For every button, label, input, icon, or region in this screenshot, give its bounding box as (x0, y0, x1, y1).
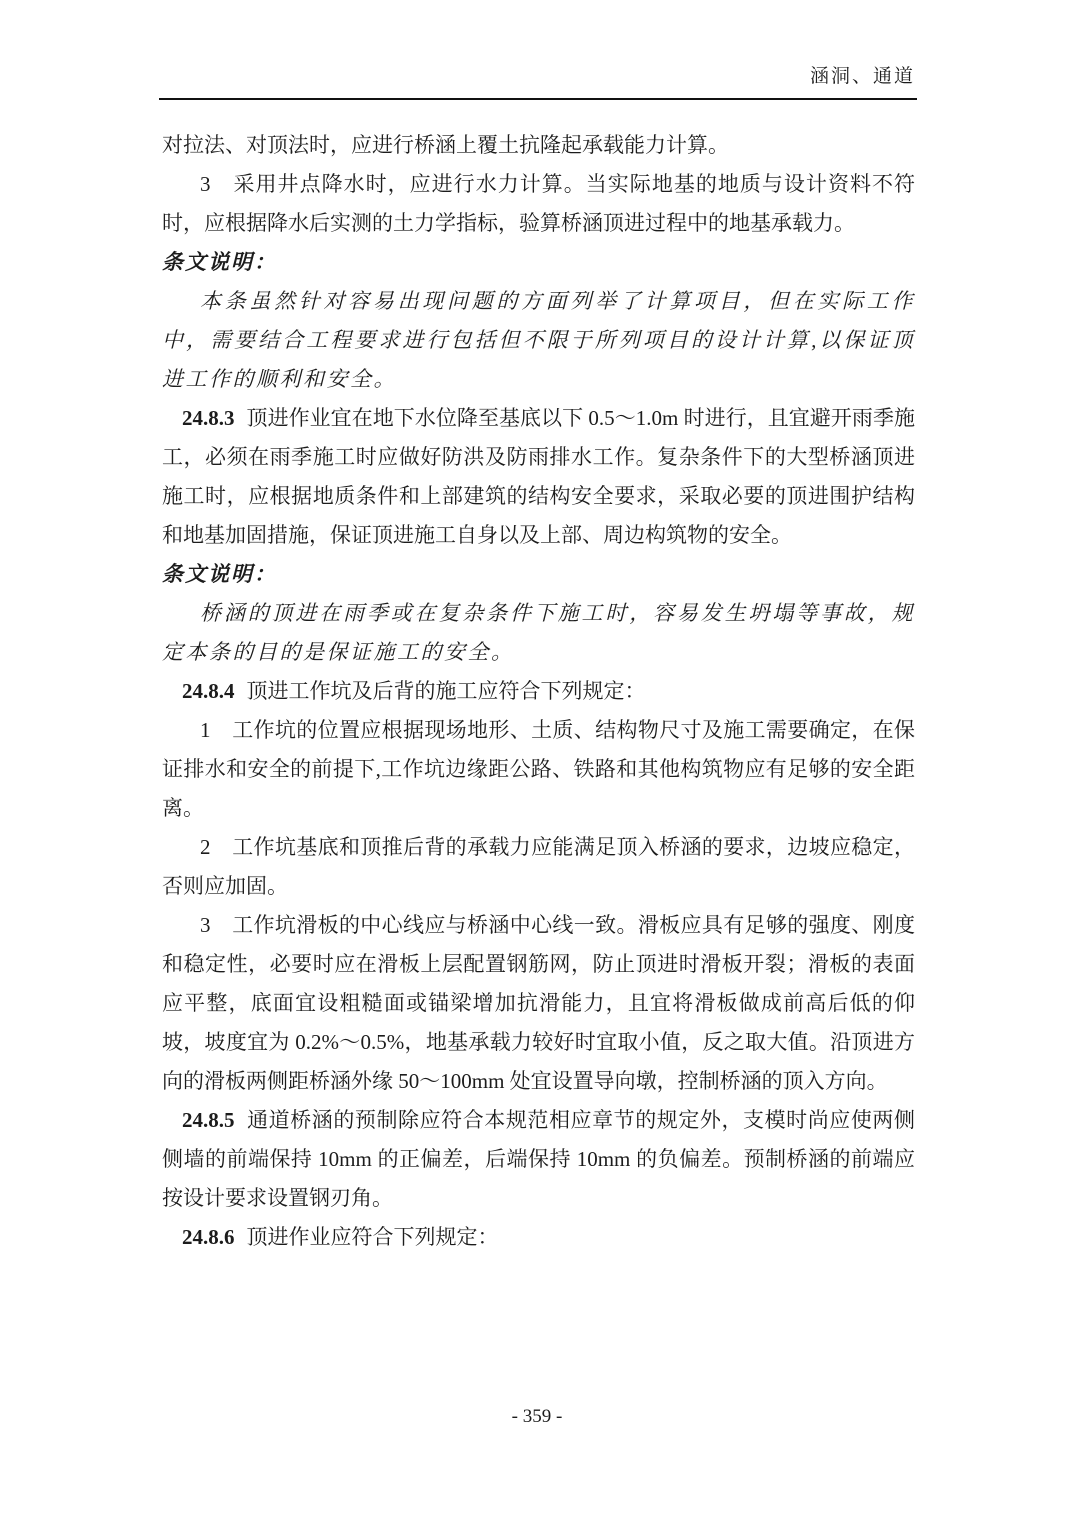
note-body-2: 桥涵的顶进在雨季或在复杂条件下施工时，容易发生坍塌等事故，规定本条的目的是保证施… (162, 594, 915, 672)
document-page: 涵洞、通道 对拉法、对顶法时，应进行桥涵上覆土抗隆起承载能力计算。 3 采用井点… (0, 0, 1074, 1520)
running-header-section-title: 涵洞、通道 (162, 64, 915, 90)
clause-text-24-8-4: 顶进工作坑及后背的施工应符合下列规定： (247, 679, 646, 703)
document-body: 对拉法、对顶法时，应进行桥涵上覆土抗隆起承载能力计算。 3 采用井点降水时，应进… (162, 126, 915, 1257)
list-item-3-dewatering: 3 采用井点降水时，应进行水力计算。当实际地基的地质与设计资料不符时，应根据降水… (162, 165, 915, 243)
clause-24-8-3: 24.8.3顶进作业宜在地下水位降至基底以下 0.5～1.0m 时进行，且宜避开… (162, 399, 915, 555)
clause-24-8-4: 24.8.4顶进工作坑及后背的施工应符合下列规定： (162, 672, 915, 711)
note-label-1: 条文说明： (162, 243, 915, 282)
clause-24-8-5: 24.8.5通道桥涵的预制除应符合本规范相应章节的规定外，支模时尚应使两侧侧墙的… (162, 1101, 915, 1218)
clause-text-24-8-6: 顶进作业应符合下列规定： (247, 1225, 499, 1249)
clause-number-24-8-3: 24.8.3 (182, 406, 235, 430)
paragraph-continuation: 对拉法、对顶法时，应进行桥涵上覆土抗隆起承载能力计算。 (162, 126, 915, 165)
header-rule (159, 98, 917, 100)
footer-page-number: - 359 - (0, 1404, 1074, 1430)
clause-text-24-8-3: 顶进作业宜在地下水位降至基底以下 0.5～1.0m 时进行，且宜避开雨季施工，必… (162, 406, 915, 547)
clause-number-24-8-5: 24.8.5 (182, 1108, 235, 1132)
clause-number-24-8-4: 24.8.4 (182, 679, 235, 703)
clause-number-24-8-6: 24.8.6 (182, 1225, 235, 1249)
note-label-2: 条文说明： (162, 555, 915, 594)
clause-text-24-8-5: 通道桥涵的预制除应符合本规范相应章节的规定外，支模时尚应使两侧侧墙的前端保持 1… (162, 1108, 915, 1210)
note-body-1: 本条虽然针对容易出现问题的方面列举了计算项目，但在实际工作中，需要结合工程要求进… (162, 282, 915, 399)
clause-24-8-4-item-1: 1 工作坑的位置应根据现场地形、土质、结构物尺寸及施工需要确定，在保证排水和安全… (162, 711, 915, 828)
clause-24-8-4-item-3: 3 工作坑滑板的中心线应与桥涵中心线一致。滑板应具有足够的强度、刚度和稳定性，必… (162, 906, 915, 1101)
clause-24-8-4-item-2: 2 工作坑基底和顶推后背的承载力应能满足顶入桥涵的要求，边坡应稳定，否则应加固。 (162, 828, 915, 906)
clause-24-8-6: 24.8.6顶进作业应符合下列规定： (162, 1218, 915, 1257)
